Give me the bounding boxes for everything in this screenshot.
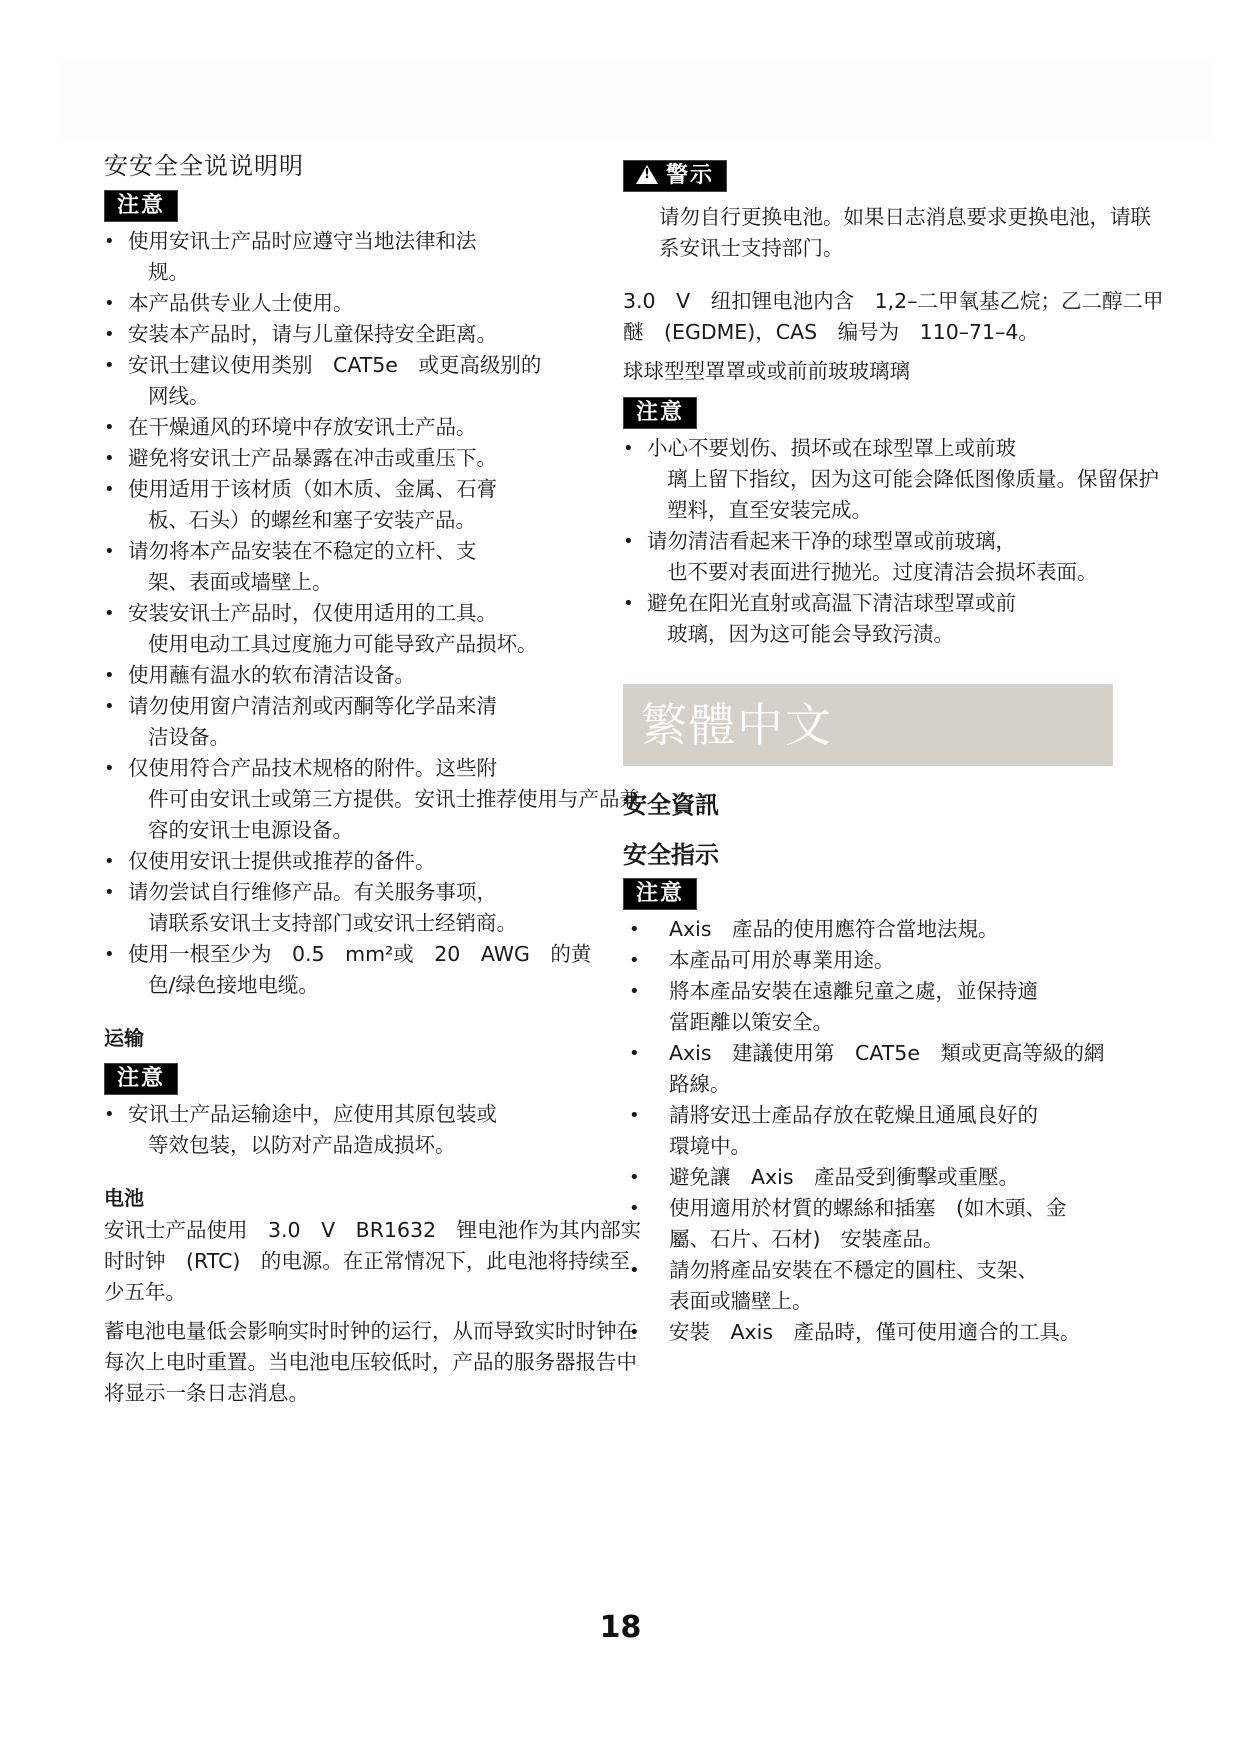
list-item: 本產品可用於專業用途。 (623, 945, 1168, 976)
transport-list: 安讯士产品运输途中，应使用其原包装或等效包装，以防对产品造成损坏。 (104, 1099, 649, 1161)
dome-list: 小心不要划伤、损坏或在球型罩上或前玻璃上留下指纹，因为这可能会降低图像质量。保留… (623, 433, 1168, 650)
tc-safety-instructions-heading: 安全指示 (623, 836, 1168, 874)
list-item: 安讯士建议使用类别 CAT5e 或更高级别的网线。 (104, 350, 649, 412)
caution-label: 注意 (117, 193, 165, 218)
list-item: 本产品供专业人士使用。 (104, 288, 649, 319)
page-number: 18 (0, 1610, 1241, 1645)
list-item: Axis 建議使用第 CAT5e 類或更高等級的網路線。 (623, 1038, 1168, 1100)
transport-caution-badge: 注意 (104, 1063, 178, 1095)
tc-safety-info-heading: 安全資訊 (623, 786, 1168, 824)
battery-low-paragraph: 蓄电池电量低会影响实时时钟的运行，从而导致实时时钟在每次上电时重置。当电池电压较… (104, 1316, 649, 1409)
list-item: 使用一根至少为 0.5 mm²或 20 AWG 的黄色/绿色接地电缆。 (104, 939, 649, 1001)
list-item: 安讯士产品运输途中，应使用其原包装或等效包装，以防对产品造成损坏。 (104, 1099, 649, 1161)
dome-heading: 球球型型罩罩或或前前玻玻璃璃 (623, 356, 1168, 387)
battery-warning-text: 请勿自行更换电池。如果日志消息要求更换电池，请联系安讯士支持部门。 (623, 202, 1168, 264)
list-item: 將本產品安裝在遠離兒童之處，並保持適當距離以策安全。 (623, 976, 1168, 1038)
list-item: 安裝 Axis 產品時，僅可使用適合的工具。 (623, 1317, 1168, 1348)
transport-heading: 运输 (104, 1023, 649, 1053)
caution-label: 注意 (117, 1066, 165, 1091)
list-item: 請勿將產品安裝在不穩定的圓柱、支架、表面或牆壁上。 (623, 1255, 1168, 1317)
warning-label: 警示 (666, 163, 714, 188)
list-item: 使用蘸有温水的软布清洁设备。 (104, 660, 649, 691)
page-header-area (60, 60, 1210, 140)
safety-instructions-title: 安安全全说说明明 (104, 150, 649, 182)
list-item: 请勿将本产品安装在不稳定的立杆、支架、表面或墙壁上。 (104, 536, 649, 598)
right-column: 警示 请勿自行更换电池。如果日志消息要求更换电池，请联系安讯士支持部门。 3.0… (623, 158, 1168, 1348)
list-item: 使用適用於材質的螺絲和插塞 (如木頭、金屬、石片、石材) 安裝產品。 (623, 1193, 1168, 1255)
list-item: 避免将安讯士产品暴露在冲击或重压下。 (104, 443, 649, 474)
tc-caution-badge: 注意 (623, 878, 697, 910)
list-item: 仅使用符合产品技术规格的附件。这些附件可由安讯士或第三方提供。安讯士推荐使用与产… (104, 753, 649, 846)
list-item: 請將安迅士產品存放在乾燥且通風良好的環境中。 (623, 1100, 1168, 1162)
list-item: 使用安讯士产品时应遵守当地法律和法规。 (104, 226, 649, 288)
tc-safety-list: Axis 產品的使用應符合當地法規。 本產品可用於專業用途。 將本產品安裝在遠離… (623, 914, 1168, 1348)
caution-badge: 注意 (104, 190, 178, 222)
list-item: 请勿尝试自行维修产品。有关服务事项，请联系安讯士支持部门或安讯士经销商。 (104, 877, 649, 939)
list-item: 请勿使用窗户清洁剂或丙酮等化学品来清洁设备。 (104, 691, 649, 753)
battery-heading: 电池 (104, 1183, 649, 1213)
list-item: 安装安讯士产品时，仅使用适用的工具。使用电动工具过度施力可能导致产品损坏。 (104, 598, 649, 660)
list-item: 小心不要划伤、损坏或在球型罩上或前玻璃上留下指纹，因为这可能会降低图像质量。保留… (623, 433, 1168, 526)
warning-badge: 警示 (623, 160, 727, 192)
warning-triangle-icon (636, 165, 658, 184)
electrolyte-text: 3.0 V 纽扣锂电池内含 1,2–二甲氧基乙烷；乙二醇二甲醚 (EGDME)，… (623, 286, 1168, 348)
list-item: 安装本产品时，请与儿童保持安全距离。 (104, 319, 649, 350)
caution-label: 注意 (636, 881, 684, 906)
safety-list: 使用安讯士产品时应遵守当地法律和法规。 本产品供专业人士使用。 安装本产品时，请… (104, 226, 649, 1001)
list-item: 使用适用于该材质（如木质、金属、石膏板、石头）的螺丝和塞子安装产品。 (104, 474, 649, 536)
traditional-chinese-banner: 繁體中文 (623, 684, 1113, 766)
list-item: 在干燥通风的环境中存放安讯士产品。 (104, 412, 649, 443)
list-item: 避免在阳光直射或高温下清洁球型罩或前玻璃，因为这可能会导致污渍。 (623, 588, 1168, 650)
list-item: Axis 產品的使用應符合當地法規。 (623, 914, 1168, 945)
list-item: 请勿清洁看起来干净的球型罩或前玻璃，也不要对表面进行抛光。过度清洁会损坏表面。 (623, 526, 1168, 588)
left-column: 安安全全说说明明 注意 使用安讯士产品时应遵守当地法律和法规。 本产品供专业人士… (104, 150, 649, 1417)
list-item: 仅使用安讯士提供或推荐的备件。 (104, 846, 649, 877)
battery-paragraph: 安讯士产品使用 3.0 V BR1632 锂电池作为其内部实时时钟 (RTC) … (104, 1215, 649, 1308)
list-item: 避免讓 Axis 產品受到衝擊或重壓。 (623, 1162, 1168, 1193)
dome-caution-badge: 注意 (623, 397, 697, 429)
caution-label: 注意 (636, 400, 684, 425)
